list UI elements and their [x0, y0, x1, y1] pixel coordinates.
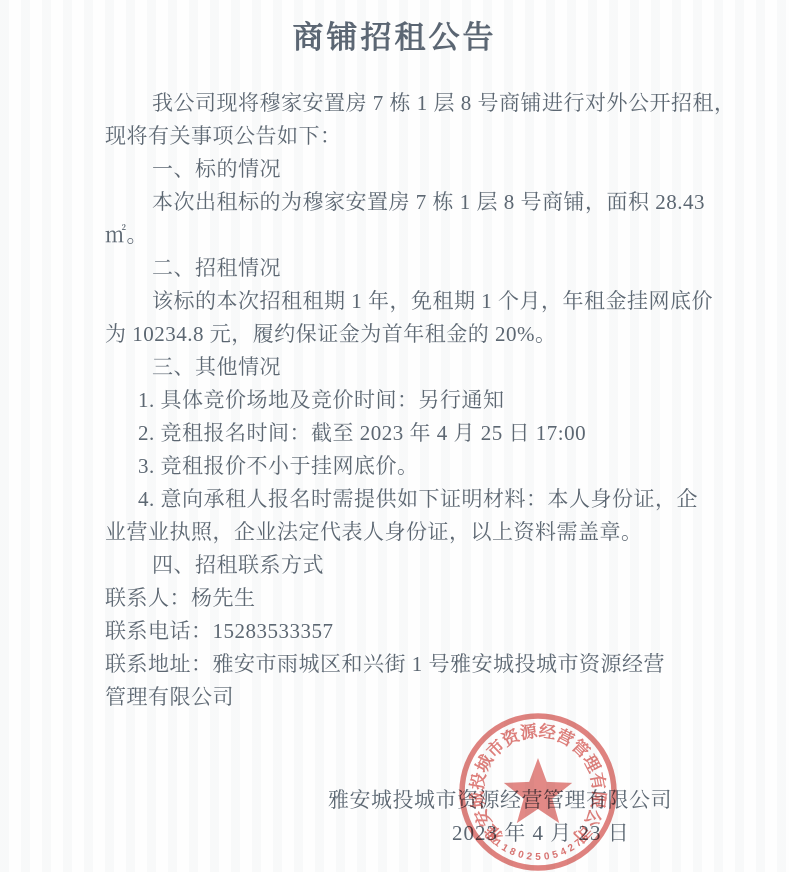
body-line: 业营业执照，企业法定代表人身份证，以上资料需盖章。 [105, 516, 705, 549]
seal-arc-character: 城 [467, 789, 488, 809]
seal-number-digit: 0 [543, 851, 550, 863]
body-line: 该标的本次招租租期 1 年，免租期 1 个月，年租金挂网底价 [105, 285, 705, 318]
body-line: 为 10234.8 元，履约保证金为首年租金的 20%。 [105, 318, 705, 351]
body-line: 本次出租标的为穆家安置房 7 栋 1 层 8 号商铺，面积 28.43 [105, 186, 705, 219]
body-line: 3. 竞租报价不小于挂网底价。 [105, 450, 705, 483]
body-line: 联系人：杨先生 [105, 582, 705, 615]
body-line: 我公司现将穆家安置房 7 栋 1 层 8 号商铺进行对外公开招租， [105, 87, 705, 120]
seal-arc-character: 有 [587, 771, 610, 791]
body-line: 现将有关事项公告如下： [105, 120, 705, 153]
body-line: 四、招租联系方式 [105, 549, 705, 582]
body-line: 2. 竞租报名时间：截至 2023 年 4 月 25 日 17:00 [105, 417, 705, 450]
body-line: ㎡。 [105, 219, 705, 252]
seal-number-digit: 2 [526, 851, 533, 863]
document-title: 商铺招租公告 [0, 12, 789, 57]
seal-star-icon [504, 758, 572, 823]
body-line: 二、招租情况 [105, 252, 705, 285]
document-page: 商铺招租公告 我公司现将穆家安置房 7 栋 1 层 8 号商铺进行对外公开招租，… [0, 0, 789, 872]
seal-number-digit: 8 [508, 846, 518, 858]
seal-number-digit: 5 [535, 852, 541, 863]
seal-number-digit: 0 [517, 849, 526, 861]
body-line: 联系电话：15283533357 [105, 615, 705, 648]
seal-number-digit: 5 [551, 849, 560, 861]
seal-arc-character: 源 [519, 720, 540, 743]
document-body: 我公司现将穆家安置房 7 栋 1 层 8 号商铺进行对外公开招租，现将有关事项公… [105, 87, 705, 714]
body-line: 联系地址：雅安市雨城区和兴街 1 号雅安城投城市资源经营 [105, 648, 705, 681]
body-line: 1. 具体竞价场地及竞价时间：另行通知 [105, 384, 705, 417]
company-seal-stamp: 雅安城投城市资源经营管理有限公司5118025054276 [456, 710, 620, 872]
body-line: 三、其他情况 [105, 351, 705, 384]
body-line: 4. 意向承租人报名时需提供如下证明材料：本人身份证，企 [105, 483, 705, 516]
body-line: 一、标的情况 [105, 153, 705, 186]
